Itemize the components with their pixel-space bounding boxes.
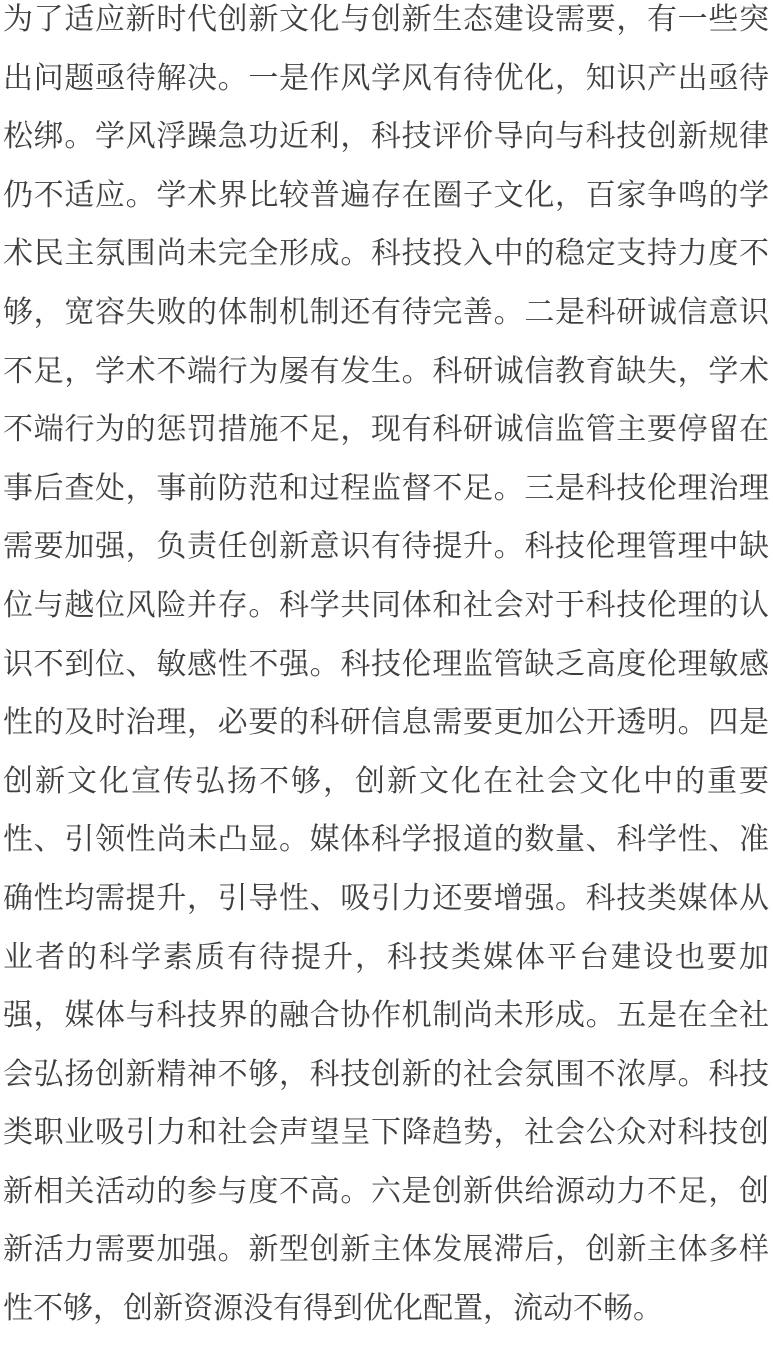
text-line: 新活力需要加强。新型创新主体发展滞后，创新主体多样 <box>3 1221 769 1280</box>
text-line: 不足，学术不端行为屡有发生。科研诚信教育缺失，学术 <box>3 343 769 402</box>
text-line: 性的及时治理，必要的科研信息需要更加公开透明。四是 <box>3 694 769 753</box>
text-line: 识不到位、敏感性不强。科技伦理监管缺乏高度伦理敏感 <box>3 636 769 695</box>
text-line: 会弘扬创新精神不够，科技创新的社会氛围不浓厚。科技 <box>3 1046 769 1105</box>
text-line: 业者的科学素质有待提升，科技类媒体平台建设也要加 <box>3 929 769 988</box>
text-line: 创新文化宣传弘扬不够，创新文化在社会文化中的重要 <box>3 753 769 812</box>
text-line: 不端行为的惩罚措施不足，现有科研诚信监管主要停留在 <box>3 401 769 460</box>
paragraph: 为了适应新时代创新文化与创新生态建设需要，有一些突出问题亟待解决。一是作风学风有… <box>0 0 773 1339</box>
text-line: 事后查处，事前防范和过程监督不足。三是科技伦理治理 <box>3 460 769 519</box>
text-line: 强，媒体与科技界的融合协作机制尚未形成。五是在全社 <box>3 987 769 1046</box>
text-line: 松绑。学风浮躁急功近利，科技评价导向与科技创新规律 <box>3 108 769 167</box>
text-line: 位与越位风险并存。科学共同体和社会对于科技伦理的认 <box>3 577 769 636</box>
text-line: 仍不适应。学术界比较普遍存在圈子文化，百家争鸣的学 <box>3 167 769 226</box>
text-line: 为了适应新时代创新文化与创新生态建设需要，有一些突 <box>3 0 769 50</box>
text-line: 确性均需提升，引导性、吸引力还要增强。科技类媒体从 <box>3 870 769 929</box>
text-line: 类职业吸引力和社会声望呈下降趋势，社会公众对科技创 <box>3 1104 769 1163</box>
text-line: 性、引领性尚未凸显。媒体科学报道的数量、科学性、准 <box>3 811 769 870</box>
document-page: 为了适应新时代创新文化与创新生态建设需要，有一些突出问题亟待解决。一是作风学风有… <box>0 0 773 1344</box>
text-line: 性不够，创新资源没有得到优化配置，流动不畅。 <box>3 1280 769 1339</box>
text-line: 新相关活动的参与度不高。六是创新供给源动力不足，创 <box>3 1163 769 1222</box>
text-line: 出问题亟待解决。一是作风学风有待优化，知识产出亟待 <box>3 50 769 109</box>
text-line: 需要加强，负责任创新意识有待提升。科技伦理管理中缺 <box>3 518 769 577</box>
text-line: 术民主氛围尚未完全形成。科技投入中的稳定支持力度不 <box>3 225 769 284</box>
text-line: 够，宽容失败的体制机制还有待完善。二是科研诚信意识 <box>3 284 769 343</box>
